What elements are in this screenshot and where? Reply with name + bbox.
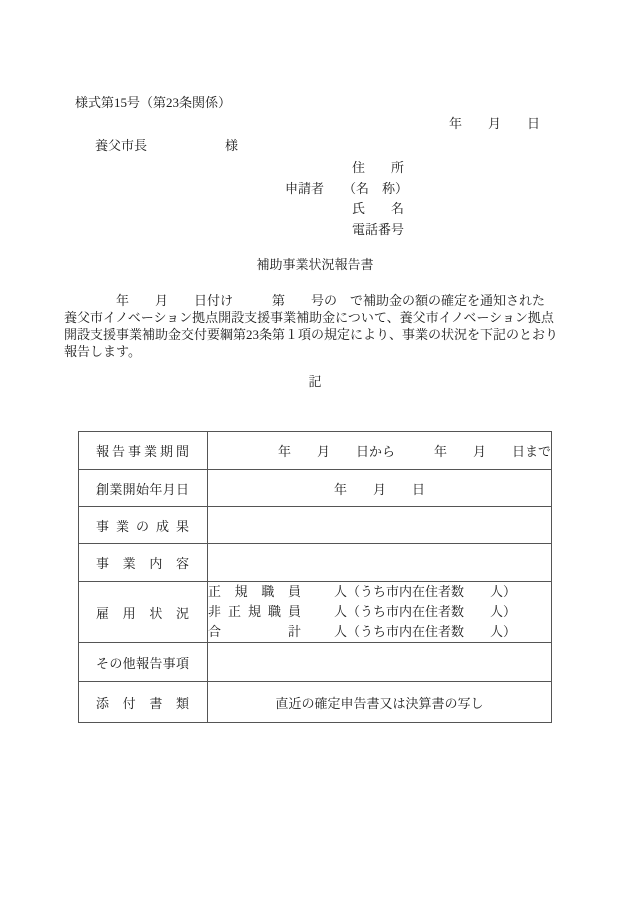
row-value-cell: 直近の確定申告書又は決算書の写し: [208, 682, 552, 723]
row-label: 報告事業期間: [96, 441, 189, 460]
applicant-label: 申請者: [285, 182, 324, 196]
row-label: 事業内容: [96, 553, 189, 572]
form-number: 様式第15号（第23条関係）: [75, 96, 231, 110]
body-paragraph: 年 月 日付け 第 号の で補助金の額の確定を通知された 養父市イノベーション拠…: [64, 292, 558, 360]
row-label-cell: 報告事業期間: [79, 432, 208, 470]
row-label: その他報告事項: [96, 653, 189, 672]
table-row-report-period: 報告事業期間 年 月 日から 年 月 日まで: [79, 432, 552, 470]
body-line: 養父市イノベーション拠点開設支援事業補助金について、養父市イノベーション拠点: [64, 309, 558, 326]
employment-line-regular: 正規職員 人（うち市内在住者数 人）: [208, 582, 551, 602]
document-title: 補助事業状況報告書: [0, 258, 630, 272]
row-value-cell: [208, 507, 552, 544]
employment-line-total: 合計 人（うち市内在住者数 人）: [208, 622, 551, 642]
body-line: 報告します。: [64, 343, 558, 360]
row-value-cell: [208, 643, 552, 682]
row-label: 事業の成果: [96, 516, 189, 535]
employment-count-text: 人（うち市内在住者数 人）: [334, 622, 516, 642]
date-line: 年 月 日: [449, 117, 540, 131]
employment-line-nonregular: 非正規職員 人（うち市内在住者数 人）: [208, 602, 551, 622]
row-label-cell: その他報告事項: [79, 643, 208, 682]
row-label: 雇用状況: [96, 603, 189, 622]
body-line: 年 月 日付け 第 号の で補助金の額の確定を通知された: [64, 292, 558, 309]
table-row-business-start-date: 創業開始年月日 年 月 日: [79, 470, 552, 507]
employment-position-label: 非正規職員: [208, 602, 301, 622]
employment-count-text: 人（うち市内在住者数 人）: [334, 582, 516, 602]
row-label-cell: 雇用状況: [79, 582, 208, 643]
applicant-name-paren-label: （名 称）: [343, 182, 408, 196]
table-row-business-results: 事業の成果: [79, 507, 552, 544]
ki-marker: 記: [0, 375, 630, 389]
row-value-cell: 年 月 日から 年 月 日まで: [208, 432, 552, 470]
row-value-cell: [208, 544, 552, 582]
table-row-employment-status: 雇用状況 正規職員 人（うち市内在住者数 人） 非正規職員 人（うち市内在住者数…: [79, 582, 552, 643]
table-row-business-content: 事業内容: [79, 544, 552, 582]
row-label-cell: 創業開始年月日: [79, 470, 208, 507]
applicant-name-label: 氏 名: [352, 202, 404, 216]
table-row-attached-documents: 添付書類 直近の確定申告書又は決算書の写し: [79, 682, 552, 723]
row-label-cell: 事業の成果: [79, 507, 208, 544]
report-table: 報告事業期間 年 月 日から 年 月 日まで 創業開始年月日 年 月 日 事業の…: [78, 431, 552, 723]
applicant-phone-label: 電話番号: [352, 223, 404, 237]
row-label: 添付書類: [96, 693, 189, 712]
employment-position-label: 正規職員: [208, 582, 301, 602]
row-label-cell: 事業内容: [79, 544, 208, 582]
row-value-cell: 年 月 日: [208, 470, 552, 507]
document-page: 様式第15号（第23条関係） 年 月 日 養父市長 様 申請者 住 所 （名 称…: [0, 0, 630, 903]
body-line: 開設支援事業補助金交付要綱第23条第１項の規定により、事業の状況を下記のとおり: [64, 326, 558, 343]
row-label-cell: 添付書類: [79, 682, 208, 723]
applicant-address-label: 住 所: [352, 161, 404, 175]
employment-position-label: 合計: [208, 622, 301, 642]
addressee-line: 養父市長 様: [95, 139, 238, 153]
row-value-cell: 正規職員 人（うち市内在住者数 人） 非正規職員 人（うち市内在住者数 人） 合…: [208, 582, 552, 643]
table-row-other-report-items: その他報告事項: [79, 643, 552, 682]
row-label: 創業開始年月日: [96, 479, 189, 498]
employment-count-text: 人（うち市内在住者数 人）: [334, 602, 516, 622]
